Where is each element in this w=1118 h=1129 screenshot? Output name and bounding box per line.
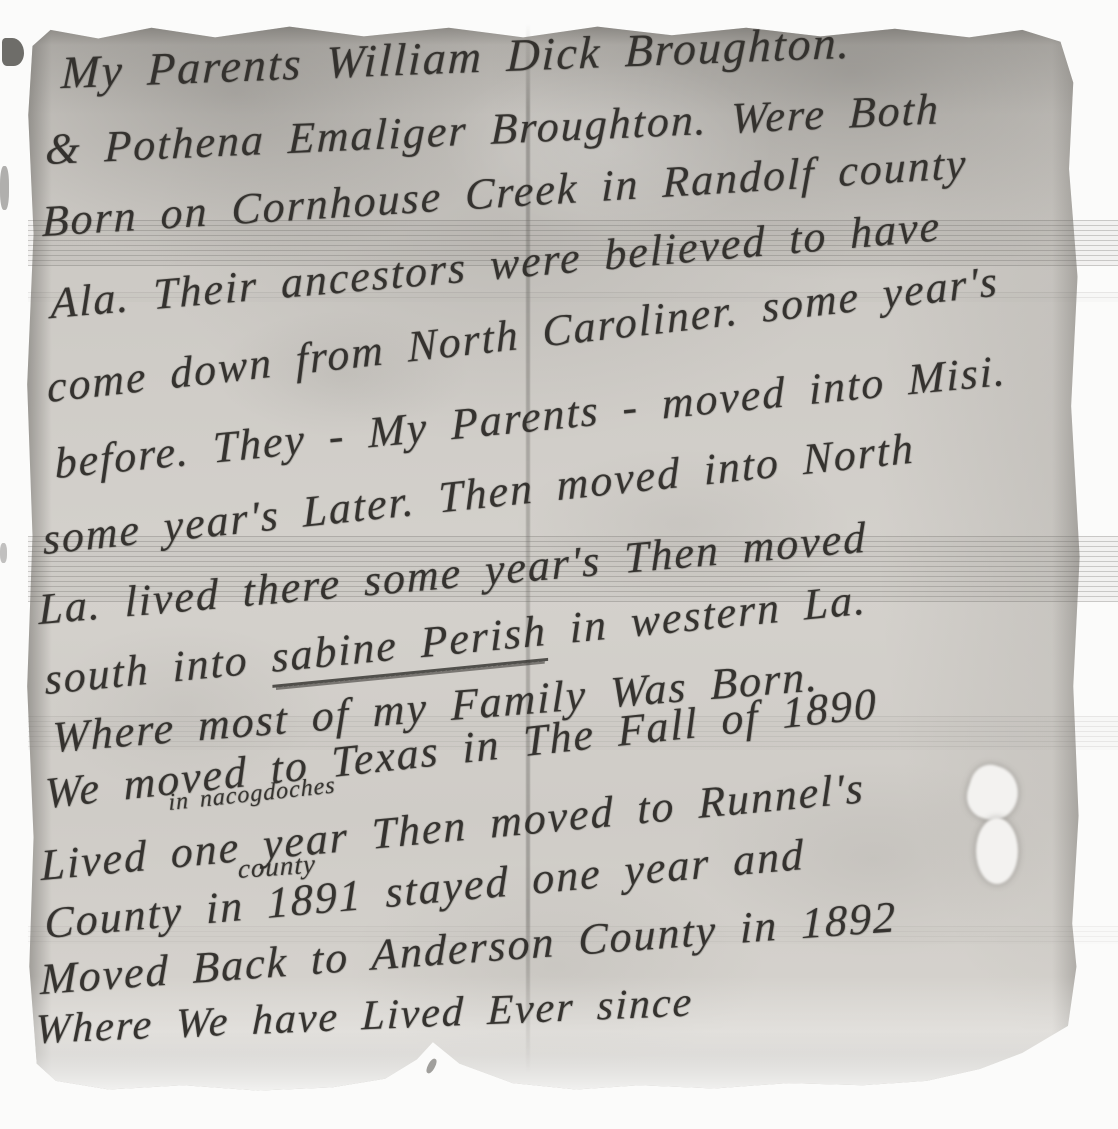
edge-stain [0,166,9,210]
scanned-document-page: My Parents William Dick Broughton. & Pot… [0,0,1118,1129]
edge-stain [0,543,7,563]
torn-patch [976,818,1018,884]
edge-stain [2,38,24,66]
edge-stain [425,1057,439,1074]
